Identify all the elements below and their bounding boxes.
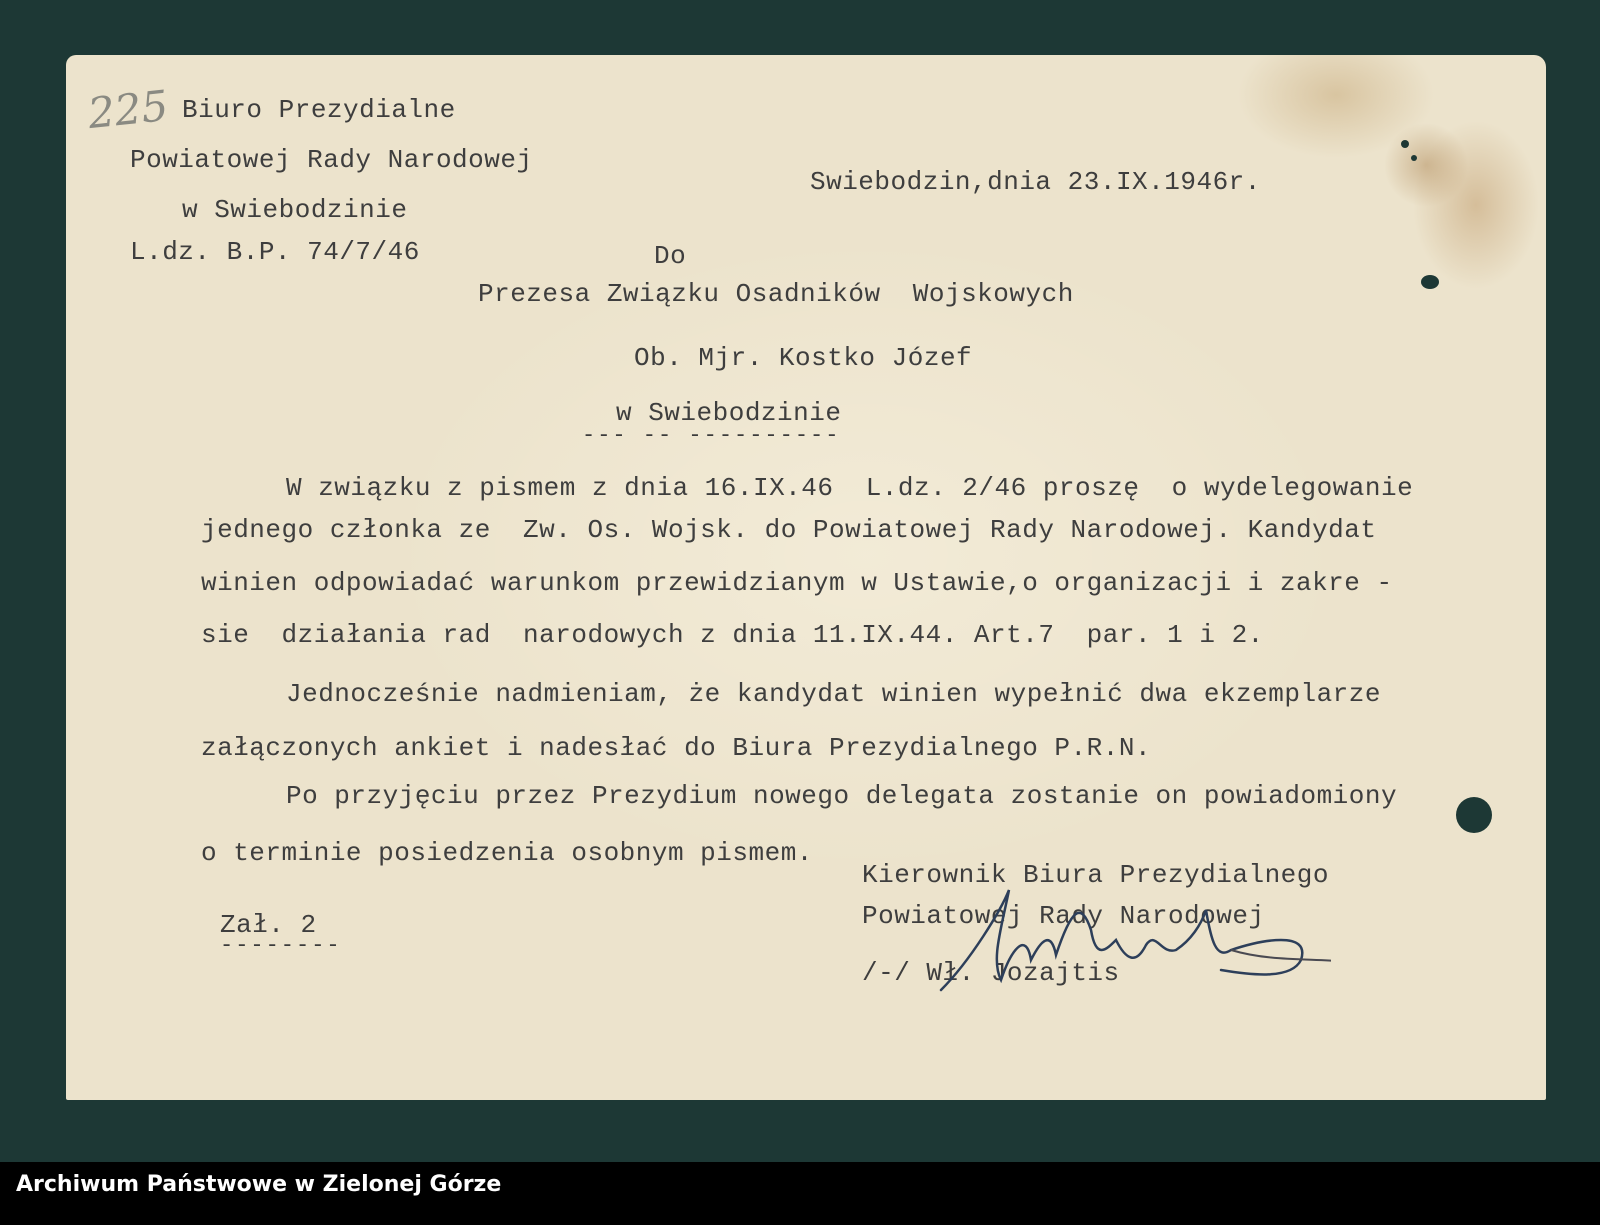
sender-line-1: Biuro Prezydialne <box>182 95 456 125</box>
sender-line-2: Powiatowej Rady Narodowej <box>130 145 533 175</box>
reference-number: L.dz. B.P. 74/7/46 <box>130 237 420 267</box>
place-and-date: Swiebodzin,dnia 23.IX.1946r. <box>810 167 1261 197</box>
body-line: W związku z pismem z dnia 16.IX.46 L.dz.… <box>286 473 1413 503</box>
body-line: Jednocześnie nadmieniam, że kandydat win… <box>286 679 1381 709</box>
sender-line-3: w Swiebodzinie <box>182 195 407 225</box>
body-line: Po przyjęciu przez Prezydium nowego dele… <box>286 781 1397 811</box>
handwritten-signature-icon <box>931 870 1331 1010</box>
recipient-line-1: Prezesa Związku Osadników Wojskowych <box>478 279 1074 309</box>
recipient-to: Do <box>654 241 686 271</box>
burn-hole <box>1401 140 1409 148</box>
archive-footer: Archiwum Państwowe w Zielonej Górze <box>0 1162 1600 1225</box>
body-line: winien odpowiadać warunkom przewidzianym… <box>201 568 1393 598</box>
recipient-line-2: Ob. Mjr. Kostko Józef <box>634 343 972 373</box>
handwritten-archive-number: 225 <box>86 81 171 138</box>
recipient-underline: --- -- ---------- <box>582 423 840 448</box>
body-line: załączonych ankiet i nadesłać do Biura P… <box>201 733 1151 763</box>
burn-hole <box>1456 797 1492 833</box>
document-page: 225 Biuro Prezydialne Powiatowej Rady Na… <box>66 55 1546 1100</box>
attachment-underline: -------- <box>220 933 342 958</box>
body-line: sie działania rad narodowych z dnia 11.I… <box>201 620 1264 650</box>
archive-name: Archiwum Państwowe w Zielonej Górze <box>16 1172 501 1197</box>
body-line: jednego członka ze Zw. Os. Wojsk. do Pow… <box>201 515 1377 545</box>
burn-hole <box>1411 155 1417 161</box>
body-line: o terminie posiedzenia osobnym pismem. <box>201 838 813 868</box>
burn-hole <box>1421 275 1439 289</box>
